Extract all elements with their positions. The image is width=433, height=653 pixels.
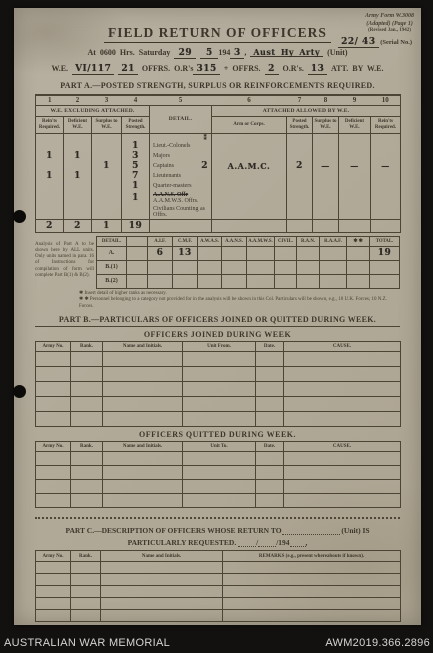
cell bbox=[371, 205, 401, 219]
cell bbox=[256, 382, 284, 397]
cell bbox=[284, 466, 401, 480]
cell bbox=[71, 574, 101, 586]
col-number: 6 bbox=[212, 95, 287, 105]
officers-joined-title: OFFICERS JOINED DURING WEEK bbox=[35, 330, 400, 339]
cell bbox=[71, 586, 101, 598]
we-att-label: ATT. BY W.E. bbox=[331, 64, 384, 73]
cell bbox=[122, 133, 150, 141]
col-number: 3 bbox=[92, 95, 122, 105]
cell bbox=[103, 352, 183, 367]
table-row: 1 1 7 Lieutenants bbox=[36, 171, 401, 181]
cell bbox=[36, 586, 71, 598]
rank-label: Captains bbox=[153, 163, 174, 169]
cell bbox=[36, 382, 71, 397]
total-surplus: 1 bbox=[92, 219, 122, 232]
group-header-row: W.E. EXCLUDING ATTACHED. DETAIL. ATTACHE… bbox=[36, 105, 401, 116]
deficient-value: 1 bbox=[64, 151, 92, 161]
cell bbox=[36, 598, 71, 610]
table-row bbox=[36, 494, 401, 508]
date-slash2: /194 bbox=[276, 538, 289, 547]
rank-cell: A.A.N.S. Offr A.A.M.W.S. Offrs. bbox=[150, 191, 212, 205]
header-date: Date. bbox=[256, 442, 284, 452]
serial-number: 22/ 43 (Serial No.) bbox=[338, 38, 412, 48]
analysis-header: C.M.F. bbox=[173, 236, 198, 246]
table-row bbox=[36, 480, 401, 494]
cell bbox=[223, 610, 401, 622]
header-army-no: Army No. bbox=[36, 442, 71, 452]
cell bbox=[64, 191, 92, 205]
cell bbox=[339, 171, 371, 181]
cell bbox=[297, 246, 320, 260]
part-c-heading-text: PART C.—DESCRIPTION OF OFFICERS WHOSE RE… bbox=[65, 526, 281, 535]
cell bbox=[103, 494, 183, 508]
analysis-row-label: A. bbox=[97, 246, 127, 260]
group-left-header: W.E. EXCLUDING ATTACHED. bbox=[36, 105, 150, 116]
cell bbox=[212, 181, 287, 191]
header-reints-required-att: Rein'ts Required. bbox=[371, 116, 401, 133]
date-blank bbox=[290, 540, 306, 547]
accession-number: AWM2019.366.2896 bbox=[325, 637, 430, 649]
cell bbox=[198, 246, 222, 260]
cell bbox=[287, 181, 313, 191]
cell bbox=[92, 133, 122, 141]
cell bbox=[223, 598, 401, 610]
cell bbox=[36, 205, 64, 219]
header-unit-from: Unit From. bbox=[183, 342, 256, 352]
total-deficient: 2 bbox=[64, 219, 92, 232]
date-blank bbox=[258, 540, 276, 547]
cell bbox=[370, 260, 400, 274]
cell bbox=[347, 260, 370, 274]
scanned-document-page: { "header": { "form_ref_1": "Army Form W… bbox=[0, 0, 433, 653]
cell bbox=[148, 274, 173, 288]
cell bbox=[287, 141, 313, 151]
table-row: 1 Quarter-masters bbox=[36, 181, 401, 191]
header-deficient-we-att: Deficient W.E. bbox=[339, 116, 371, 133]
table-row bbox=[36, 562, 401, 574]
cell bbox=[71, 352, 103, 367]
cell bbox=[36, 367, 71, 382]
cell bbox=[222, 260, 247, 274]
deficient-value: 1 bbox=[64, 171, 92, 181]
part-c-heading-line2: PARTICULARLY REQUESTED. //194, bbox=[35, 538, 400, 547]
cell bbox=[287, 171, 313, 181]
header-surplus-we: Surplus to W.E. bbox=[92, 116, 122, 133]
cell bbox=[103, 466, 183, 480]
cell bbox=[339, 181, 371, 191]
cell bbox=[198, 260, 222, 274]
cell bbox=[103, 397, 183, 412]
header-deficient-we: Deficient W.E. bbox=[64, 116, 92, 133]
cell bbox=[247, 246, 275, 260]
cell bbox=[183, 397, 256, 412]
cell bbox=[256, 397, 284, 412]
date-line: At 0600 Hrs. Saturday 29 51943, Aust Hy … bbox=[35, 48, 400, 59]
cell bbox=[256, 412, 284, 427]
part-b-heading: PART B.—PARTICULARS OF OFFICERS JOINED O… bbox=[35, 315, 400, 327]
analysis-row-b2: B.(2) bbox=[97, 274, 400, 288]
cell bbox=[36, 610, 71, 622]
cell bbox=[212, 171, 287, 181]
posted-strength-value: 1 bbox=[122, 191, 150, 205]
cell bbox=[275, 274, 297, 288]
column-number-row: 1 2 3 4 5 6 7 8 9 10 bbox=[36, 95, 401, 105]
we-offrs2-label: OFFRS. bbox=[232, 64, 260, 73]
analysis-section: Analysis of Part A to be shown here by A… bbox=[35, 236, 400, 289]
table-row bbox=[36, 598, 401, 610]
officers-joined-table: Army No. Rank. Name and Initials. Unit F… bbox=[35, 341, 401, 427]
col-number: 2 bbox=[64, 95, 92, 105]
cell bbox=[313, 141, 339, 151]
cell bbox=[101, 574, 223, 586]
cell bbox=[347, 274, 370, 288]
cell bbox=[36, 397, 71, 412]
unit-label: (Unit) bbox=[327, 48, 347, 57]
date-month: 5 bbox=[200, 49, 218, 59]
analysis-header: A.I.F. bbox=[148, 236, 173, 246]
cell bbox=[339, 205, 371, 219]
table-row bbox=[36, 367, 401, 382]
army-form-reference: Army Form W.3008 (Adapted) (Page 1) (Rev… bbox=[365, 13, 414, 34]
cell bbox=[101, 598, 223, 610]
table-row bbox=[36, 452, 401, 466]
cell bbox=[313, 151, 339, 161]
analysis-header: DETAIL. bbox=[97, 236, 127, 246]
cell bbox=[71, 480, 103, 494]
header-surplus-we-att: Surplus to W.E. bbox=[313, 116, 339, 133]
part-c-unit-label: (Unit) IS bbox=[341, 526, 369, 535]
cell bbox=[103, 382, 183, 397]
analysis-row-label: B.(1) bbox=[97, 260, 127, 274]
table-row bbox=[36, 412, 401, 427]
posted-strength-value: 1 bbox=[122, 181, 150, 191]
arm-or-corps-value: A.A.M.C. bbox=[212, 161, 287, 171]
header-name-initials: Name and Initials. bbox=[101, 551, 223, 562]
cell bbox=[212, 191, 287, 205]
cell bbox=[313, 205, 339, 219]
we-plus: + bbox=[224, 64, 229, 73]
cell bbox=[183, 466, 256, 480]
table-row bbox=[36, 397, 401, 412]
analysis-total-value: 19 bbox=[370, 246, 400, 260]
joined-header-row: Army No. Rank. Name and Initials. Unit F… bbox=[36, 342, 401, 352]
cell bbox=[92, 205, 122, 219]
form-ref-line2: (Adapted) (Page 1) bbox=[365, 21, 414, 29]
group-right-header: ATTACHED ALLOWED BY W.E. bbox=[212, 105, 401, 116]
table-row bbox=[36, 586, 401, 598]
cell bbox=[223, 562, 401, 574]
cell bbox=[64, 181, 92, 191]
archive-caption: AUSTRALIAN WAR MEMORIAL bbox=[4, 637, 170, 649]
cell bbox=[36, 352, 71, 367]
cell bbox=[71, 562, 101, 574]
date-blank bbox=[238, 540, 256, 547]
cell bbox=[287, 151, 313, 161]
we-offrs-value: 21 bbox=[118, 65, 138, 75]
cell bbox=[103, 367, 183, 382]
date-year-printed: 194 bbox=[218, 48, 230, 57]
analysis-note: Analysis of Part A to be shown here by A… bbox=[35, 236, 96, 289]
we-ors-label: O.R's bbox=[174, 64, 193, 73]
rank-label: A.A.M.W.S. Offrs. bbox=[153, 198, 211, 204]
analysis-header: A.W.A.S. bbox=[198, 236, 222, 246]
cell bbox=[212, 219, 287, 232]
date-prefix: At 0600 Hrs. Saturday bbox=[87, 48, 170, 57]
header-posted-strength: Posted Strength. bbox=[122, 116, 150, 133]
total-posted-strength: 19 bbox=[122, 219, 150, 232]
attached-posted-value: 2 bbox=[287, 161, 313, 171]
posted-strength-value: 1 bbox=[122, 141, 150, 151]
cell bbox=[313, 181, 339, 191]
cell bbox=[256, 480, 284, 494]
date-day: 29 bbox=[174, 49, 196, 59]
table-row: Civilians Counting as Offrs. bbox=[36, 205, 401, 219]
cell bbox=[297, 260, 320, 274]
cell bbox=[284, 412, 401, 427]
header-unit-to: Unit To. bbox=[183, 442, 256, 452]
cell bbox=[36, 191, 64, 205]
table-row: 1 1 3 Majors bbox=[36, 151, 401, 161]
cell bbox=[183, 412, 256, 427]
cell bbox=[127, 246, 148, 260]
cell bbox=[339, 141, 371, 151]
cell bbox=[173, 274, 198, 288]
we-offrs2-value: 2 bbox=[265, 65, 279, 75]
cell bbox=[371, 133, 401, 141]
cell bbox=[103, 452, 183, 466]
cell bbox=[183, 352, 256, 367]
analysis-header: CIVIL. bbox=[275, 236, 297, 246]
totals-row: 2 2 1 19 bbox=[36, 219, 401, 232]
footnotes: ✱ Insert detail of higher ranks as neces… bbox=[79, 291, 400, 311]
rank-label: Lieutenants bbox=[150, 171, 212, 181]
cell bbox=[64, 141, 92, 151]
date-year-digit: 3 bbox=[230, 49, 244, 59]
col-number: 4 bbox=[122, 95, 150, 105]
cell bbox=[339, 219, 371, 232]
cell bbox=[313, 219, 339, 232]
cell bbox=[92, 191, 122, 205]
rank-label: Majors bbox=[150, 151, 212, 161]
cell bbox=[287, 205, 313, 219]
table-row bbox=[36, 466, 401, 480]
cell bbox=[284, 452, 401, 466]
cell bbox=[148, 260, 173, 274]
we-offrs-label: OFFRS. bbox=[142, 64, 170, 73]
cell bbox=[222, 246, 247, 260]
part-a-heading: PART A.—POSTED STRENGTH, SURPLUS OR REIN… bbox=[35, 81, 400, 90]
cell bbox=[371, 219, 401, 232]
analysis-table: DETAIL. A.I.F. C.M.F. A.W.A.S. A.A.N.S. … bbox=[96, 236, 400, 289]
rank-label: Quarter-masters bbox=[150, 181, 212, 191]
cell bbox=[371, 151, 401, 161]
cell bbox=[223, 574, 401, 586]
quitted-header-row: Army No. Rank. Name and Initials. Unit T… bbox=[36, 442, 401, 452]
table-row: 1 5 Captains 2 A.A.M.C. 2 — — — bbox=[36, 161, 401, 171]
table-row: 1 A.A.N.S. Offr A.A.M.W.S. Offrs. bbox=[36, 191, 401, 205]
analysis-header-row: DETAIL. A.I.F. C.M.F. A.W.A.S. A.A.N.S. … bbox=[97, 236, 400, 246]
table-row bbox=[36, 352, 401, 367]
cell bbox=[212, 205, 287, 219]
header-posted-strength-att: Posted Strength. bbox=[287, 116, 313, 133]
date-comma: , bbox=[306, 538, 308, 547]
rank-label: Civilians Counting as Offrs. bbox=[150, 205, 212, 219]
cell bbox=[183, 494, 256, 508]
header-arm-or-corps: Arm or Corps. bbox=[212, 116, 287, 133]
analysis-header: R.A.N. bbox=[297, 236, 320, 246]
rank-label: Lieut.-Colonels bbox=[150, 141, 212, 151]
cell bbox=[183, 367, 256, 382]
cell bbox=[284, 494, 401, 508]
column-label-row: Rein'ts Required. Deficient W.E. Surplus… bbox=[36, 116, 401, 133]
header-rank: Rank. bbox=[71, 442, 103, 452]
cell bbox=[92, 141, 122, 151]
table-row bbox=[36, 610, 401, 622]
cell bbox=[101, 586, 223, 598]
cell bbox=[320, 246, 347, 260]
cell bbox=[101, 610, 223, 622]
table-row: 1 Lieut.-Colonels bbox=[36, 141, 401, 151]
header-army-no: Army No. bbox=[36, 342, 71, 352]
cell bbox=[71, 412, 103, 427]
punch-hole bbox=[13, 385, 26, 398]
col-number: 9 bbox=[339, 95, 371, 105]
cell bbox=[284, 382, 401, 397]
page-title: FIELD RETURN OF OFFICERS bbox=[104, 25, 331, 43]
cell bbox=[183, 382, 256, 397]
unit-value: Aust Hy Arty bbox=[250, 48, 323, 57]
posted-strength-value: 5 bbox=[122, 161, 150, 171]
cell bbox=[284, 397, 401, 412]
attached-reints-value: — bbox=[371, 161, 401, 171]
officers-quitted-table: Army No. Rank. Name and Initials. Unit T… bbox=[35, 441, 401, 508]
serial-label: (Serial No.) bbox=[380, 39, 412, 46]
cell bbox=[347, 246, 370, 260]
cell bbox=[256, 352, 284, 367]
cell bbox=[256, 367, 284, 382]
cell bbox=[36, 562, 71, 574]
col-number: 10 bbox=[371, 95, 401, 105]
analysis-row-a: A. 6 13 19 bbox=[97, 246, 400, 260]
cell bbox=[313, 191, 339, 205]
col-number: 8 bbox=[313, 95, 339, 105]
cell bbox=[64, 205, 92, 219]
cell bbox=[150, 219, 212, 232]
cell bbox=[212, 151, 287, 161]
form-paper: Army Form W.3008 (Adapted) (Page 1) (Rev… bbox=[14, 8, 421, 625]
cell bbox=[183, 480, 256, 494]
cell bbox=[71, 367, 103, 382]
cell bbox=[36, 466, 71, 480]
cell bbox=[36, 452, 71, 466]
cell bbox=[36, 574, 71, 586]
part-c-header-row: Army No. Rank. Name and Initials. REMARK… bbox=[36, 551, 401, 562]
form-ref-line1: Army Form W.3008 bbox=[365, 13, 414, 21]
posted-strength-value: 3 bbox=[122, 151, 150, 161]
detail-asterisks: ✱ ✱ bbox=[150, 133, 212, 141]
officers-quitted-title: OFFICERS QUITTED DURING WEEK. bbox=[35, 430, 400, 439]
cell bbox=[36, 141, 64, 151]
cell bbox=[284, 367, 401, 382]
header-reints-required: Rein'ts Required. bbox=[36, 116, 64, 133]
reints-required-value: 1 bbox=[36, 171, 64, 181]
cell bbox=[212, 141, 287, 151]
header-date: Date. bbox=[256, 342, 284, 352]
cell bbox=[275, 246, 297, 260]
we-att-value: 13 bbox=[308, 65, 328, 75]
cell bbox=[92, 171, 122, 181]
surplus-value: 1 bbox=[92, 161, 122, 171]
analysis-header bbox=[127, 236, 148, 246]
cell bbox=[71, 466, 103, 480]
cell bbox=[371, 171, 401, 181]
posted-strength-value: 7 bbox=[122, 171, 150, 181]
we-ors-value: 315 bbox=[193, 65, 219, 75]
footnote-category: ✱ ✱ Personnel belonging to a category no… bbox=[79, 297, 400, 310]
serial-value: 22/ 43 bbox=[338, 38, 378, 48]
cell bbox=[198, 274, 222, 288]
cell bbox=[256, 494, 284, 508]
cell bbox=[71, 452, 103, 466]
cell bbox=[71, 397, 103, 412]
attached-surplus-value: — bbox=[313, 161, 339, 171]
header-army-no: Army No. bbox=[36, 551, 71, 562]
cell bbox=[173, 260, 198, 274]
unit-blank bbox=[282, 528, 340, 535]
cell bbox=[103, 412, 183, 427]
cell bbox=[92, 151, 122, 161]
table-row: ✱ ✱ bbox=[36, 133, 401, 141]
detail-header: DETAIL. bbox=[150, 105, 212, 133]
cell bbox=[256, 466, 284, 480]
cell bbox=[256, 452, 284, 466]
cell bbox=[64, 161, 92, 171]
part-a-table: 1 2 3 4 5 6 7 8 9 10 W.E. EXCLUDING ATTA… bbox=[35, 94, 401, 233]
cell bbox=[101, 562, 223, 574]
cell bbox=[371, 181, 401, 191]
col-number: 1 bbox=[36, 95, 64, 105]
cell bbox=[222, 274, 247, 288]
we-label: W.E. bbox=[51, 64, 68, 73]
we-ors2-label: O.R's. bbox=[283, 64, 304, 73]
part-c-table: Army No. Rank. Name and Initials. REMARK… bbox=[35, 550, 401, 622]
cmf-value: 13 bbox=[173, 246, 198, 260]
table-row bbox=[36, 382, 401, 397]
punch-hole bbox=[13, 210, 26, 223]
cell bbox=[339, 133, 371, 141]
header-remarks: REMARKS (e.g., present whereabouts if kn… bbox=[223, 551, 401, 562]
cell bbox=[71, 610, 101, 622]
form-ref-line3: (Revised Jan., 1942) bbox=[365, 28, 414, 34]
we-line: W.E. VI/117 21 OFFRS. O.R's315 + OFFRS. … bbox=[35, 64, 400, 75]
table-row bbox=[36, 574, 401, 586]
cell bbox=[183, 452, 256, 466]
cell bbox=[71, 598, 101, 610]
cell bbox=[223, 586, 401, 598]
reints-required-value: 1 bbox=[36, 151, 64, 161]
cell bbox=[212, 133, 287, 141]
cell bbox=[371, 141, 401, 151]
cell bbox=[287, 191, 313, 205]
analysis-row-label: B.(2) bbox=[97, 274, 127, 288]
cell bbox=[36, 133, 64, 141]
cell bbox=[247, 274, 275, 288]
cell bbox=[36, 480, 71, 494]
cell bbox=[64, 133, 92, 141]
analysis-header: A.A.M.W.S. bbox=[247, 236, 275, 246]
cell bbox=[284, 480, 401, 494]
form-content: Army Form W.3008 (Adapted) (Page 1) (Rev… bbox=[35, 8, 400, 622]
